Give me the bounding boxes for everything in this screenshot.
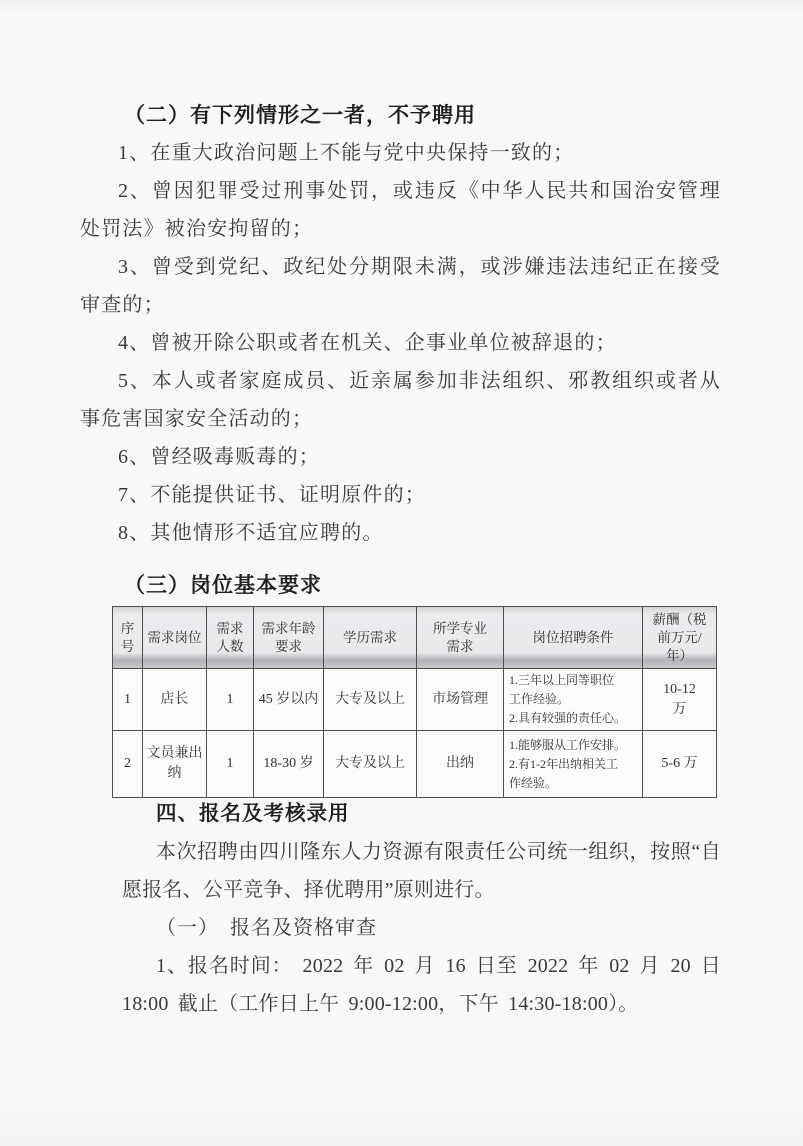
disqualification-list: 1、在重大政治问题上不能与党中央保持一致的； 2、曾因犯罪受过刑事处罚，或违反《… bbox=[80, 134, 721, 552]
list-item: 4、曾被开除公职或者在机关、企事业单位被辞退的； bbox=[80, 324, 721, 362]
cell-headcount: 1 bbox=[207, 669, 254, 731]
list-item: 6、曾经吸毒贩毒的； bbox=[80, 438, 721, 476]
table-header-cell: 需求 人数 bbox=[207, 607, 254, 669]
cell-major: 出纳 bbox=[417, 731, 504, 798]
cell-age-requirement: 45 岁以内 bbox=[254, 669, 324, 731]
list-item: 5、本人或者家庭成员、近亲属参加非法组织、邪教组织或者从事危害国家安全活动的； bbox=[80, 362, 721, 438]
cell-salary: 10-12 万 bbox=[643, 669, 717, 731]
section-registration: 四、报名及考核录用 本次招聘由四川隆东人力资源有限责任公司统一组织，按照“自愿报… bbox=[122, 795, 721, 1023]
section-2-heading: （二）有下列情形之一者，不予聘用 bbox=[80, 96, 721, 134]
table-header-cell: 需求年龄 要求 bbox=[254, 607, 324, 669]
list-item: 7、不能提供证书、证明原件的； bbox=[80, 476, 721, 514]
list-item: 2、曾因犯罪受过刑事处罚，或违反《中华人民共和国治安管理处罚法》被治安拘留的； bbox=[80, 172, 721, 248]
table-header-cell: 学历需求 bbox=[324, 607, 417, 669]
section-3-heading: （三）岗位基本要求 bbox=[80, 566, 721, 604]
cell-post: 文员兼出纳 bbox=[143, 731, 207, 798]
list-item: 8、其他情形不适宜应聘的。 bbox=[80, 514, 721, 552]
table-header-cell: 所学专业 需求 bbox=[417, 607, 504, 669]
scanned-document-page: （二）有下列情形之一者，不予聘用 1、在重大政治问题上不能与党中央保持一致的； … bbox=[0, 0, 803, 1146]
cell-headcount: 1 bbox=[207, 731, 254, 798]
cell-index: 1 bbox=[113, 669, 143, 731]
cell-age-requirement: 18-30 岁 bbox=[254, 731, 324, 798]
table-header-row: 序 号 需求岗位 需求 人数 需求年龄 要求 学历需求 所学专业 需求 岗位招聘… bbox=[113, 607, 717, 669]
cell-education: 大专及以上 bbox=[324, 669, 417, 731]
subsection-1-heading: （一） 报名及资格审查 bbox=[122, 909, 721, 947]
table-header-cell: 薪酬（税 前万元/ 年） bbox=[643, 607, 717, 669]
section-disqualification: （二）有下列情形之一者，不予聘用 1、在重大政治问题上不能与党中央保持一致的； … bbox=[80, 96, 721, 798]
requirements-table: 序 号 需求岗位 需求 人数 需求年龄 要求 学历需求 所学专业 需求 岗位招聘… bbox=[112, 606, 717, 798]
table-header-cell: 岗位招聘条件 bbox=[504, 607, 643, 669]
cell-index: 2 bbox=[113, 731, 143, 798]
table-header-cell: 序 号 bbox=[113, 607, 143, 669]
cell-conditions: 1.三年以上同等职位 工作经验。 2.具有较强的责任心。 bbox=[504, 669, 643, 731]
cell-education: 大专及以上 bbox=[324, 731, 417, 798]
cell-salary: 5-6 万 bbox=[643, 731, 717, 798]
registration-paragraph: 本次招聘由四川隆东人力资源有限责任公司统一组织，按照“自愿报名、公平竞争、择优聘… bbox=[122, 833, 721, 909]
section-4-heading: 四、报名及考核录用 bbox=[122, 795, 721, 833]
cell-post: 店长 bbox=[143, 669, 207, 731]
table-row: 2 文员兼出纳 1 18-30 岁 大专及以上 出纳 1.能够服从工作安排。 2… bbox=[113, 731, 717, 798]
registration-time-paragraph: 1、报名时间： 2022 年 02 月 16 日至 2022 年 02 月 20… bbox=[122, 947, 721, 1023]
cell-conditions: 1.能够服从工作安排。 2.有1-2年出纳相关工 作经验。 bbox=[504, 731, 643, 798]
table-head: 序 号 需求岗位 需求 人数 需求年龄 要求 学历需求 所学专业 需求 岗位招聘… bbox=[113, 607, 717, 669]
list-item: 1、在重大政治问题上不能与党中央保持一致的； bbox=[80, 134, 721, 172]
list-item: 3、曾受到党纪、政纪处分期限未满，或涉嫌违法违纪正在接受审查的； bbox=[80, 248, 721, 324]
table-row: 1 店长 1 45 岁以内 大专及以上 市场管理 1.三年以上同等职位 工作经验… bbox=[113, 669, 717, 731]
table-header-cell: 需求岗位 bbox=[143, 607, 207, 669]
cell-major: 市场管理 bbox=[417, 669, 504, 731]
table-body: 1 店长 1 45 岁以内 大专及以上 市场管理 1.三年以上同等职位 工作经验… bbox=[113, 669, 717, 798]
